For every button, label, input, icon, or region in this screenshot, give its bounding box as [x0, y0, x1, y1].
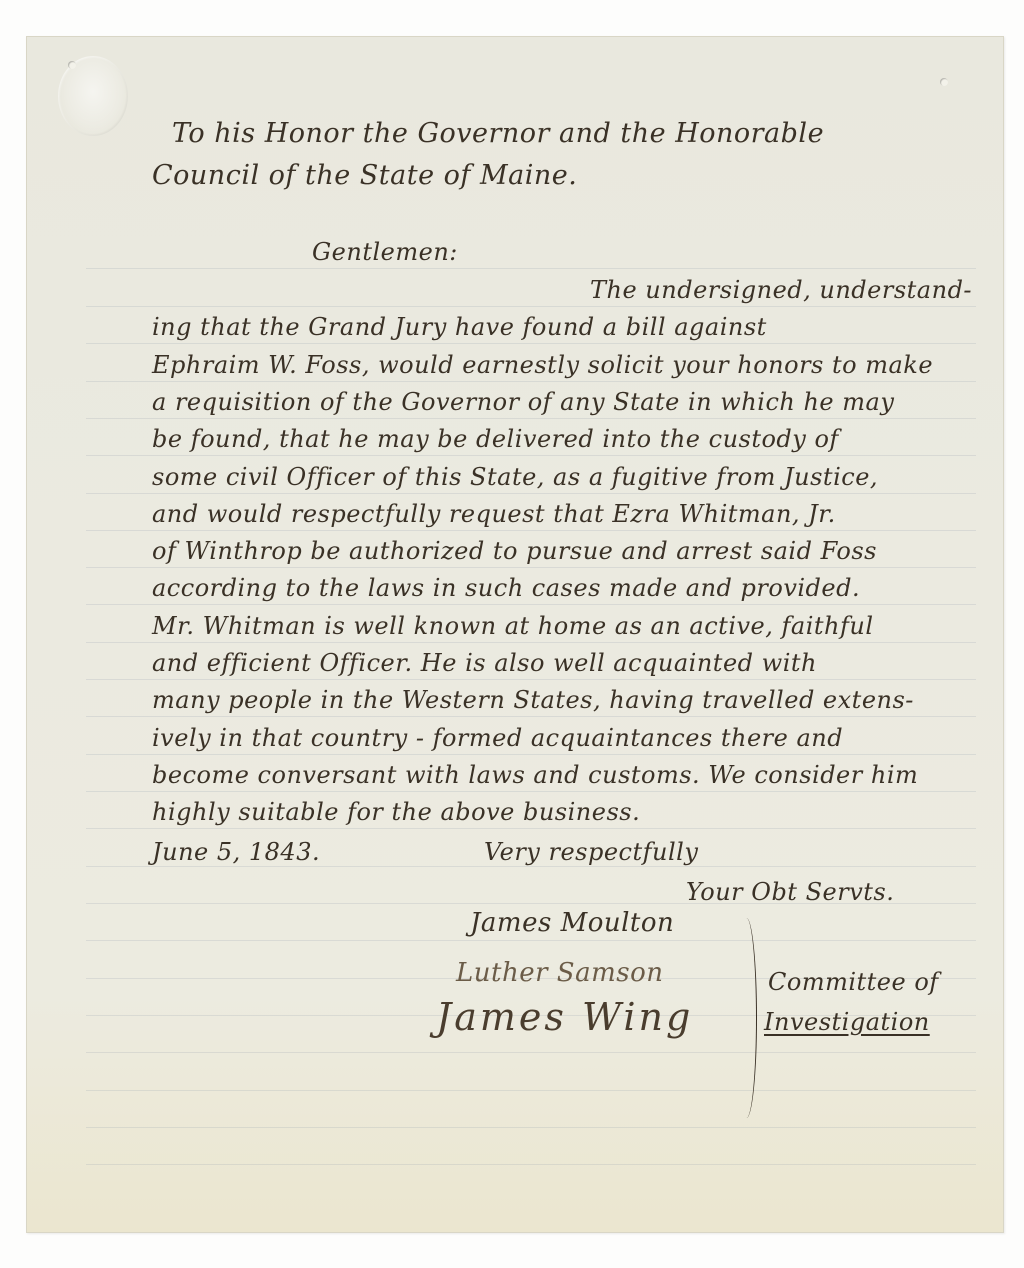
closing: Very respectfully	[484, 838, 698, 866]
ruled-line	[86, 791, 976, 792]
body-line: and would respectfully request that Ezra…	[152, 500, 836, 528]
ruled-line	[86, 828, 976, 829]
ruled-line	[86, 1090, 976, 1091]
body-line: according to the laws in such cases made…	[152, 574, 860, 602]
signature-james-moulton: James Moulton	[470, 908, 674, 938]
ruled-line	[86, 493, 976, 494]
body-line: a requisition of the Governor of any Sta…	[152, 388, 894, 416]
body-line: ively in that country - formed acquainta…	[152, 724, 843, 752]
ruled-line	[86, 268, 976, 269]
body-line: ing that the Grand Jury have found a bil…	[152, 313, 767, 341]
ruled-line	[86, 381, 976, 382]
signature-brace	[736, 918, 757, 1118]
body-line: highly suitable for the above business.	[152, 798, 640, 826]
ruled-line	[86, 642, 976, 643]
committee-label-1: Committee of	[768, 968, 939, 996]
body-line: of Winthrop be authorized to pursue and …	[152, 537, 877, 565]
ruled-line	[86, 1052, 976, 1053]
committee-label-2: Investigation	[764, 1008, 930, 1036]
body-line: Mr. Whitman is well known at home as an …	[152, 612, 874, 640]
ruled-line	[86, 866, 976, 867]
ruled-line	[86, 418, 976, 419]
body-line: and efficient Officer. He is also well a…	[152, 649, 817, 677]
ruled-line	[86, 567, 976, 568]
body-line: some civil Officer of this State, as a f…	[152, 463, 878, 491]
salutation: Gentlemen:	[312, 238, 458, 266]
ruled-line	[86, 455, 976, 456]
ruled-line	[86, 679, 976, 680]
body-line: be found, that he may be delivered into …	[152, 425, 839, 453]
address-line-2: Council of the State of Maine.	[152, 160, 577, 191]
ruled-line	[86, 306, 976, 307]
ruled-line	[86, 604, 976, 605]
ruled-line	[86, 754, 976, 755]
body-line: Ephraim W. Foss, would earnestly solicit…	[152, 351, 933, 379]
ruled-line	[86, 343, 976, 344]
letter-date: June 5, 1843.	[152, 838, 320, 866]
body-line: many people in the Western States, havin…	[152, 686, 914, 714]
signature-luther-samson: Luther Samson	[456, 958, 664, 988]
body-line: become conversant with laws and customs.…	[152, 761, 918, 789]
ruled-line	[86, 940, 976, 941]
ruled-line	[86, 1164, 976, 1165]
closing-servants: Your Obt Servts.	[686, 878, 894, 906]
ruled-line	[86, 1127, 976, 1128]
body-line: The undersigned, understand-	[590, 276, 972, 304]
pinhole	[68, 61, 76, 69]
signature-james-wing: James Wing	[436, 995, 693, 1039]
ruled-line	[86, 716, 976, 717]
pinhole	[940, 78, 948, 86]
address-line-1: To his Honor the Governor and the Honora…	[172, 118, 824, 149]
ruled-line	[86, 530, 976, 531]
